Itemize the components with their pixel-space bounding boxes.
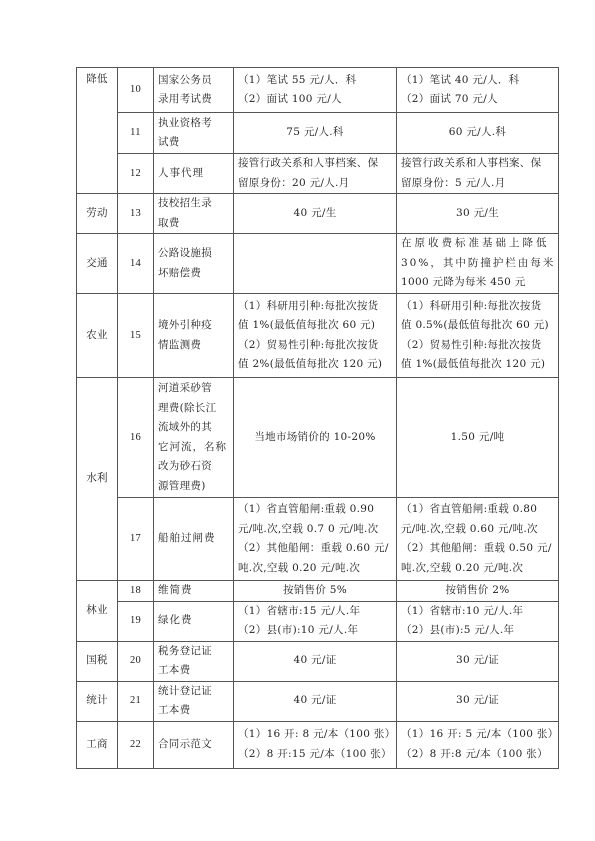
old-fee-cell: 40 元/证: [234, 641, 397, 681]
new-fee-cell: 30 元/生: [397, 194, 559, 234]
new-fee-line: 吨.次,空载 0.20 元/吨.次: [401, 559, 554, 579]
new-fee-cell: 60 元/人.科: [397, 113, 559, 154]
item-line: 河道采砂管: [158, 379, 229, 399]
item-line: 情监测费: [158, 336, 229, 356]
old-fee-line: （1）笔试 55 元/人．科: [238, 71, 392, 91]
new-fee-cell: 1.50 元/吨: [397, 378, 559, 498]
new-fee-line: 30%，其中防撞护栏由每米: [401, 254, 554, 274]
new-fee-cell: （1）16 开: 5 元/本（100 张） （2）8 开:8 元/本（100 张…: [397, 721, 559, 768]
item-line: 执业资格考: [158, 114, 229, 134]
item-cell: 绿化费: [154, 601, 234, 641]
new-fee-cell: （1）科研用引种:每批次按货 值 0.5%(最低值每批次 60 元) （2）贸易…: [397, 294, 559, 378]
new-fee-cell: 30 元/证: [397, 641, 559, 681]
new-fee-line: 在原收费标准基础上降低: [401, 234, 554, 254]
item-line: 工本费: [158, 701, 229, 721]
table-row: 12 人事代理 接管行政关系和人事档案、保 留原身份：20 元/人.月 接管行政…: [77, 154, 559, 194]
new-fee-line: 留原身份：5 元/人.月: [401, 174, 554, 194]
table-row: 11 执业资格考 试费 75 元/人.科 60 元/人.科: [77, 113, 559, 154]
table-row: 17 船舶过闸费 （1）省直管船闸:重载 0.90 元/吨.次,空载 0.7 0…: [77, 498, 559, 581]
new-fee-line: （2）面试 70 元/人: [401, 90, 554, 110]
old-fee-line: 吨.次,空载 0.20 元/吨.次: [238, 559, 392, 579]
row-number: 11: [118, 113, 154, 154]
item-cell: 维简费: [154, 581, 234, 602]
new-fee-line: 接管行政关系和人事档案、保: [401, 154, 554, 174]
new-fee-line: 值 0.5%(最低值每批次 60 元): [401, 316, 554, 336]
table-row: 19 绿化费 （1）省辖市:15 元/人.年 （2）县(市):10 元/人.年 …: [77, 601, 559, 641]
old-fee-line: （1）省直管船闸:重载 0.90: [238, 500, 392, 520]
item-cell: 公路设施损 坏赔偿费: [154, 234, 234, 294]
old-fee-cell: （1）科研用引种:每批次按货 值 1%(最低值每批次 60 元) （2）贸易性引…: [234, 294, 397, 378]
row-number: 18: [118, 581, 154, 602]
item-line: 理费(除长江: [158, 399, 229, 419]
item-line: 技校招生录: [158, 194, 229, 214]
new-fee-line: （1）笔试 40 元/人．科: [401, 71, 554, 91]
table-row: 农业 15 境外引种疫 情监测费 （1）科研用引种:每批次按货 值 1%(最低值…: [77, 294, 559, 378]
row-number: 16: [118, 378, 154, 498]
item-line: 取费: [158, 214, 229, 234]
old-fee-line: 值 1%(最低值每批次 60 元): [238, 316, 392, 336]
item-cell: 合同示范文: [154, 721, 234, 768]
dept-cell: 国税: [77, 641, 118, 681]
fee-table: 降低 10 国家公务员 录用考试费 （1）笔试 55 元/人．科 （2）面试 1…: [76, 67, 559, 769]
item-cell: 统计登记证 工本费: [154, 681, 234, 721]
row-number: 10: [118, 68, 154, 113]
item-cell: 技校招生录 取费: [154, 194, 234, 234]
old-fee-line: （1）科研用引种:每批次按货: [238, 297, 392, 317]
table-row: 林业 18 维简费 按销售价 5% 按销售价 2%: [77, 581, 559, 602]
new-fee-cell: 接管行政关系和人事档案、保 留原身份：5 元/人.月: [397, 154, 559, 194]
new-fee-line: （1）16 开: 5 元/本（100 张）: [401, 725, 554, 745]
table-row: 交通 14 公路设施损 坏赔偿费 在原收费标准基础上降低 30%，其中防撞护栏由…: [77, 234, 559, 294]
item-line: 坏赔偿费: [158, 264, 229, 284]
old-fee-cell: （1）笔试 55 元/人．科 （2）面试 100 元/人: [234, 68, 397, 113]
item-cell: 船舶过闸费: [154, 498, 234, 581]
item-line: 试费: [158, 133, 229, 153]
table-row: 工商 22 合同示范文 （1）16 开: 8 元/本（100 张） （2）8 开…: [77, 721, 559, 768]
dept-cell: 交通: [77, 234, 118, 294]
new-fee-cell: （1）笔试 40 元/人．科 （2）面试 70 元/人: [397, 68, 559, 113]
item-line: 改为砂石资: [158, 457, 229, 477]
new-fee-line: （2）8 开:8 元/本（100 张）: [401, 745, 554, 765]
dept-cell: 工商: [77, 721, 118, 768]
dept-cell: 水利: [77, 378, 118, 581]
new-fee-line: （1）省辖市:10 元/人.年: [401, 602, 554, 622]
item-line: 它河流，名称: [158, 438, 229, 458]
new-fee-cell: 30 元/证: [397, 681, 559, 721]
new-fee-line: 值 1%(最低值每批次 120 元): [401, 355, 554, 375]
old-fee-line: 元/吨.次,空载 0.7 0 元/吨.次: [238, 520, 392, 540]
row-number: 14: [118, 234, 154, 294]
row-number: 22: [118, 721, 154, 768]
item-line: 公路设施损: [158, 244, 229, 264]
new-fee-line: 1000 元降为每米 450 元: [401, 273, 554, 293]
dept-cell: 林业: [77, 581, 118, 642]
item-cell: 国家公务员 录用考试费: [154, 68, 234, 113]
table-row: 劳动 13 技校招生录 取费 40 元/生 30 元/生: [77, 194, 559, 234]
table-row: 水利 16 河道采砂管 理费(除长江 流域外的其 它河流，名称 改为砂石资 源管…: [77, 378, 559, 498]
item-cell: 人事代理: [154, 154, 234, 194]
row-number: 13: [118, 194, 154, 234]
item-line: 流域外的其: [158, 418, 229, 438]
old-fee-line: 值 2%(最低值每批次 120 元): [238, 355, 392, 375]
new-fee-cell: 按销售价 2%: [397, 581, 559, 602]
old-fee-cell: （1）16 开: 8 元/本（100 张） （2）8 开:15 元/本（100 …: [234, 721, 397, 768]
item-line: 源管理费): [158, 477, 229, 497]
row-number: 17: [118, 498, 154, 581]
new-fee-line: （1）省直管船闸:重载 0.80: [401, 500, 554, 520]
item-line: 工本费: [158, 661, 229, 681]
item-line: 境外引种疫: [158, 316, 229, 336]
old-fee-line: （2）8 开:15 元/本（100 张）: [238, 745, 392, 765]
old-fee-cell: （1）省辖市:15 元/人.年 （2）县(市):10 元/人.年: [234, 601, 397, 641]
old-fee-cell: [234, 234, 397, 294]
new-fee-cell: （1）省直管船闸:重载 0.80 元/吨.次,空载 0.60 元/吨.次 （2）…: [397, 498, 559, 581]
dept-cell: 降低: [77, 68, 118, 194]
old-fee-cell: 按销售价 5%: [234, 581, 397, 602]
row-number: 19: [118, 601, 154, 641]
new-fee-cell: 在原收费标准基础上降低 30%，其中防撞护栏由每米 1000 元降为每米 450…: [397, 234, 559, 294]
new-fee-cell: （1）省辖市:10 元/人.年 （2）县(市):5 元/人.年: [397, 601, 559, 641]
old-fee-line: 接管行政关系和人事档案、保: [238, 154, 392, 174]
old-fee-line: （1）16 开: 8 元/本（100 张）: [238, 725, 392, 745]
old-fee-cell: 75 元/人.科: [234, 113, 397, 154]
dept-cell: 农业: [77, 294, 118, 378]
table-row: 国税 20 税务登记证 工本费 40 元/证 30 元/证: [77, 641, 559, 681]
row-number: 20: [118, 641, 154, 681]
old-fee-cell: 40 元/生: [234, 194, 397, 234]
item-cell: 税务登记证 工本费: [154, 641, 234, 681]
old-fee-line: 留原身份：20 元/人.月: [238, 174, 392, 194]
item-line: 统计登记证: [158, 682, 229, 702]
new-fee-line: （1）科研用引种:每批次按货: [401, 297, 554, 317]
old-fee-cell: 40 元/证: [234, 681, 397, 721]
table-row: 统计 21 统计登记证 工本费 40 元/证 30 元/证: [77, 681, 559, 721]
item-line: 录用考试费: [158, 90, 229, 110]
item-line: 国家公务员: [158, 71, 229, 91]
old-fee-line: （2）县(市):10 元/人.年: [238, 621, 392, 641]
old-fee-line: （2）其他船闸：重载 0.60 元/: [238, 539, 392, 559]
old-fee-line: （1）省辖市:15 元/人.年: [238, 602, 392, 622]
new-fee-line: （2）县(市):5 元/人.年: [401, 621, 554, 641]
old-fee-line: （2）面试 100 元/人: [238, 90, 392, 110]
row-number: 21: [118, 681, 154, 721]
old-fee-cell: 接管行政关系和人事档案、保 留原身份：20 元/人.月: [234, 154, 397, 194]
dept-cell: 统计: [77, 681, 118, 721]
old-fee-line: （2）贸易性引种:每批次按货: [238, 336, 392, 356]
row-number: 12: [118, 154, 154, 194]
item-cell: 境外引种疫 情监测费: [154, 294, 234, 378]
item-cell: 河道采砂管 理费(除长江 流域外的其 它河流，名称 改为砂石资 源管理费): [154, 378, 234, 498]
row-number: 15: [118, 294, 154, 378]
table-row: 降低 10 国家公务员 录用考试费 （1）笔试 55 元/人．科 （2）面试 1…: [77, 68, 559, 113]
old-fee-cell: （1）省直管船闸:重载 0.90 元/吨.次,空载 0.7 0 元/吨.次 （2…: [234, 498, 397, 581]
item-cell: 执业资格考 试费: [154, 113, 234, 154]
item-line: 税务登记证: [158, 642, 229, 662]
old-fee-cell: 当地市场销价的 10-20%: [234, 378, 397, 498]
new-fee-line: （2）贸易性引种:每批次按货: [401, 336, 554, 356]
new-fee-line: 元/吨.次,空载 0.60 元/吨.次: [401, 520, 554, 540]
new-fee-line: （2）其他船闸：重载 0.50 元/: [401, 539, 554, 559]
dept-cell: 劳动: [77, 194, 118, 234]
